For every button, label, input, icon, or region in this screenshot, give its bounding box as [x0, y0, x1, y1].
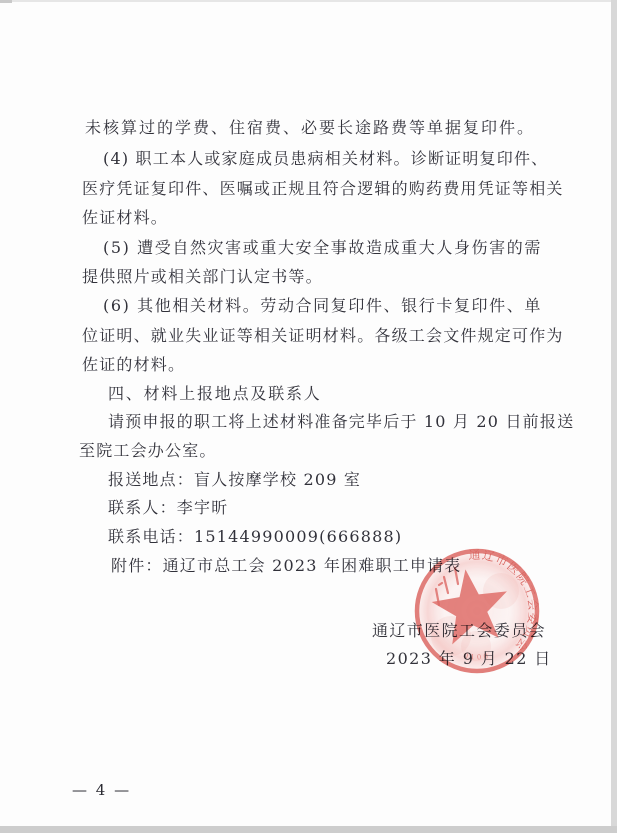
scan-corner-smudge — [0, 0, 12, 3]
text-line: 提供照片或相关部门认定书等。 — [82, 267, 323, 287]
attachment-line: 附件：通辽市总工会 2023 年困难职工申请表 — [111, 556, 462, 576]
contact-phone-line: 联系电话：15144990009(666888) — [108, 527, 402, 547]
text-line: 至院工会办公室。 — [79, 441, 217, 461]
text-line: (4) 职工本人或家庭成员患病相关材料。诊断证明复印件、 — [103, 149, 548, 169]
scan-edge-bottom — [0, 826, 617, 833]
page-number: — 4 — — [72, 781, 131, 799]
text-line: 佐证材料。 — [82, 208, 168, 228]
text-line: (6) 其他相关材料。劳动合同复印件、银行卡复印件、单 — [103, 296, 542, 316]
scan-edge-right — [611, 0, 617, 833]
signature-date: 2023 年 9 月 22 日 — [386, 646, 552, 669]
text-line: 未核算过的学费、住宿费、必要长途路费等单据复印件。 — [85, 118, 535, 138]
text-line: (5) 遭受自然灾害或重大安全事故造成重大人身伤害的需 — [103, 238, 542, 258]
signature-organization: 通辽市医院工会委员会 — [372, 618, 546, 641]
text-line: 请预申报的职工将上述材料准备完毕后于 10 月 20 日前报送 — [108, 412, 574, 432]
scan-edge-top — [0, 0, 617, 2]
section-heading: 四、材料上报地点及联系人 — [108, 384, 322, 404]
contact-person-line: 联系人：李宇昕 — [108, 498, 228, 518]
text-line: 医疗凭证复印件、医嘱或正规且符合逻辑的购药费用凭证等相关 — [82, 179, 564, 199]
text-line: 佐证的材料。 — [82, 355, 185, 375]
text-line: 位证明、就业失业证等相关证明材料。各级工会文件规定可作为 — [82, 326, 564, 346]
submission-address-line: 报送地点：盲人按摩学校 209 室 — [108, 470, 361, 490]
scanned-document-page: 未核算过的学费、住宿费、必要长途路费等单据复印件。 (4) 职工本人或家庭成员患… — [0, 0, 617, 833]
seal-ink-blotch — [483, 573, 519, 609]
